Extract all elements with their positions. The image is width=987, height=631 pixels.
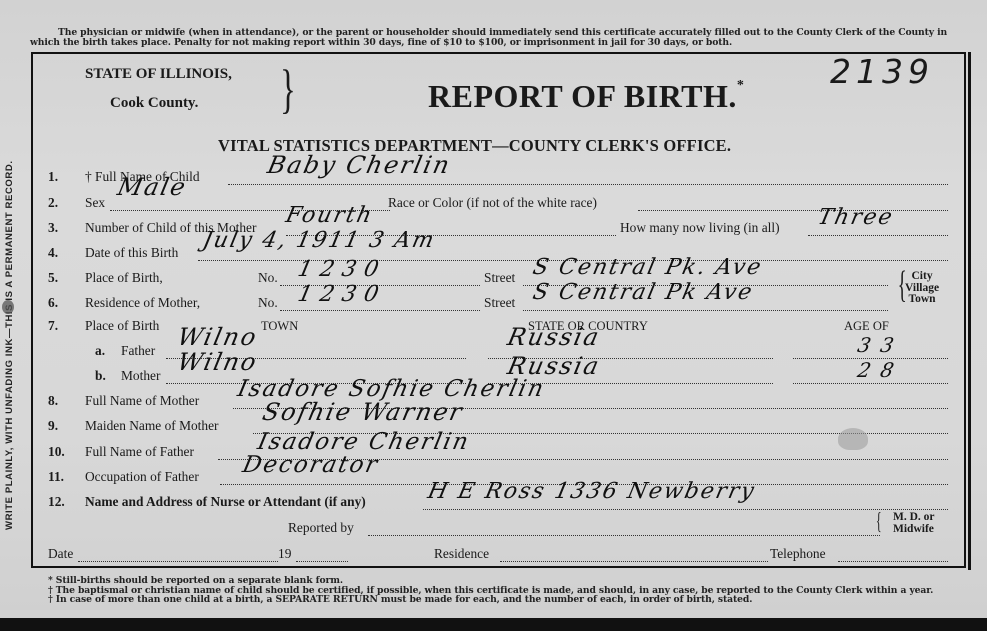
fill-line [368, 534, 880, 536]
field-label: Name and Address of Nurse or Attendant (… [85, 493, 366, 511]
field-number: 12. [48, 493, 78, 511]
maiden-name-value[interactable]: Sofhie Warner [261, 403, 465, 421]
md-or-midwife: M. D. or Midwife [893, 511, 935, 535]
instructions-notice: The physician or midwife (when in attend… [30, 28, 975, 48]
fill-line [838, 560, 948, 562]
fill-line [793, 382, 948, 384]
field-label: Occupation of Father [85, 468, 199, 486]
field-label: Sex [85, 194, 105, 212]
punch-hole [2, 300, 14, 314]
field-number: 5. [48, 269, 78, 287]
birth-house-number[interactable]: 1230 [296, 261, 388, 279]
footnote-multiple-births: † In case of more than one child at a bi… [48, 595, 978, 605]
birth-street-value[interactable]: S Central Pk. Ave [531, 259, 764, 277]
fill-line [78, 560, 278, 562]
field-label: Full Name of Mother [85, 392, 199, 410]
number-label: No. [258, 294, 278, 312]
father-name-value[interactable]: Isadore Cherlin [256, 433, 471, 451]
field-label: Place of Birth, [85, 269, 163, 287]
number-label: No. [258, 269, 278, 287]
field-label: Father [121, 342, 155, 360]
field-number: 7. [48, 317, 78, 335]
street-label: Street [484, 269, 515, 287]
town-option: Town [905, 294, 939, 306]
city-village-town: City Village Town [905, 271, 939, 306]
father-occupation-value[interactable]: Decorator [241, 456, 380, 474]
field-row-birth-place: 5. Place of Birth, No. 1230 Street S Cen… [48, 269, 948, 287]
race-label: Race or Color (if not of the white race) [388, 194, 597, 212]
title-text: REPORT OF BIRTH. [428, 78, 737, 114]
father-age-value[interactable]: 33 [856, 336, 905, 354]
footnotes: * Still-births should be reported on a s… [48, 576, 978, 605]
mother-age-value[interactable]: 28 [856, 361, 905, 379]
row-prefix: b. [95, 367, 106, 385]
fill-line [638, 209, 948, 211]
md-option: M. D. or [893, 511, 935, 523]
field-row-mother-name: 8. Full Name of Mother Isadore Sofhie Ch… [48, 392, 948, 410]
fill-line [296, 560, 348, 562]
field-row-attendant: 12. Name and Address of Nurse or Attenda… [48, 493, 948, 511]
state-label: STATE OF ILLINOIS, [85, 66, 232, 83]
fill-line [228, 183, 948, 185]
attendant-value[interactable]: H E Ross 1336 Newberry [426, 483, 757, 501]
residence-label: Residence [434, 545, 489, 563]
field-row-date-residence: Date 19 Residence Telephone [48, 545, 948, 563]
side-instruction: WRITE PLAINLY, WITH UNFADING INK—THIS IS… [4, 110, 15, 530]
notice-line-2: which the birth takes place. Penalty for… [30, 38, 975, 48]
ink-smudge [838, 428, 868, 450]
column-header-town: TOWN [261, 317, 298, 335]
field-number: 3. [48, 219, 78, 237]
field-row-child-number: 3. Number of Child of this Mother Fourth… [48, 219, 948, 237]
year-prefix: 19 [278, 545, 291, 563]
field-number: 9. [48, 417, 78, 435]
brace-icon: { [876, 510, 882, 534]
asterisk-mark: * [737, 78, 745, 93]
father-country-value[interactable]: Russia [506, 328, 602, 346]
street-label: Street [484, 294, 515, 312]
field-number: 8. [48, 392, 78, 410]
mother-town-value[interactable]: Wilno [176, 353, 259, 371]
living-value[interactable]: Three [816, 209, 895, 227]
field-row-father-name: 10. Full Name of Father Isadore Cherlin [48, 443, 948, 461]
field-label: Date of this Birth [85, 244, 178, 262]
midwife-option: Midwife [893, 523, 935, 535]
fill-line [500, 560, 768, 562]
field-number: 6. [48, 294, 78, 312]
birth-date-value[interactable]: July 4, 1911 3 Am [201, 232, 437, 250]
mother-country-value[interactable]: Russia [506, 357, 602, 375]
field-number: 2. [48, 194, 78, 212]
field-number: 4. [48, 244, 78, 262]
field-number: 10. [48, 443, 78, 461]
telephone-label: Telephone [770, 545, 826, 563]
scan-edge [0, 618, 987, 631]
child-name-value[interactable]: Baby Cherlin [266, 156, 453, 174]
field-row-maiden-name: 9. Maiden Name of Mother Sofhie Warner [48, 417, 948, 435]
child-number-value[interactable]: Fourth [284, 207, 375, 225]
sex-value[interactable]: Male [116, 178, 189, 196]
fill-line [808, 234, 948, 236]
field-row-mother-residence: 6. Residence of Mother, No. 1230 Street … [48, 294, 948, 312]
living-label: How many now living (in all) [620, 219, 780, 237]
city-option: City [905, 271, 939, 283]
row-prefix: a. [95, 342, 105, 360]
residence-house-number[interactable]: 1230 [296, 286, 388, 304]
residence-street-value[interactable]: S Central Pk Ave [531, 284, 755, 302]
field-row-reported-by: Reported by [48, 519, 948, 537]
mother-name-value[interactable]: Isadore Sofhie Cherlin [236, 380, 547, 398]
field-number: 11. [48, 468, 78, 486]
county-label: Cook County. [110, 95, 198, 112]
fill-line [423, 508, 948, 510]
father-town-value[interactable]: Wilno [176, 328, 259, 346]
field-row-birth-date: 4. Date of this Birth July 4, 1911 3 Am [48, 244, 948, 262]
field-number: 1. [48, 168, 78, 186]
field-label: Maiden Name of Mother [85, 417, 219, 435]
fill-line [523, 309, 888, 311]
page-title: REPORT OF BIRTH.* [428, 78, 744, 115]
date-label: Date [48, 545, 73, 563]
field-label: Residence of Mother, [85, 294, 200, 312]
brace-icon: } [280, 62, 296, 116]
field-label: Full Name of Father [85, 443, 194, 461]
field-row-sex: 2. Sex Male Race or Color (if not of the… [48, 194, 948, 212]
field-label: Place of Birth [85, 317, 159, 335]
fill-line [280, 309, 480, 311]
form-border-right [968, 52, 971, 570]
field-label: Mother [121, 367, 160, 385]
reported-by-label: Reported by [288, 519, 354, 537]
certificate-number: 2139 [830, 52, 934, 91]
